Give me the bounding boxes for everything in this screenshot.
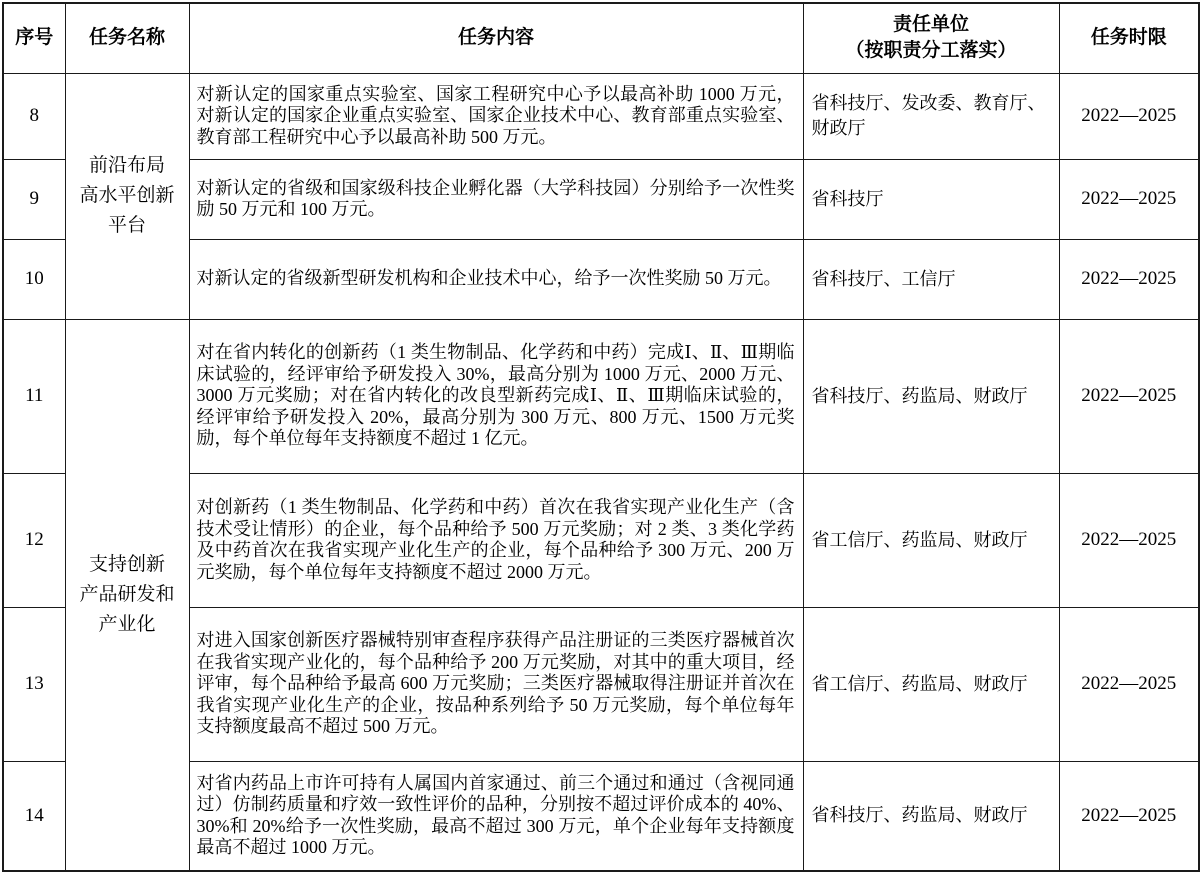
row-number: 14 — [3, 761, 65, 871]
deadline-cell: 2022—2025 — [1059, 159, 1199, 239]
row-number: 12 — [3, 473, 65, 607]
header-deadline: 任务时限 — [1059, 3, 1199, 73]
header-unit-line1: 责任单位 — [808, 12, 1055, 38]
task-content-cell: 对新认定的省级新型研发机构和企业技术中心，给予一次性奖励 50 万元。 — [189, 239, 803, 319]
task-content-cell: 对省内药品上市许可持有人属国内首家通过、前三个通过和通过（含视同通过）仿制药质量… — [189, 761, 803, 871]
header-responsible-unit: 责任单位 （按职责分工落实） — [803, 3, 1059, 73]
deadline-cell: 2022—2025 — [1059, 607, 1199, 761]
row-number: 10 — [3, 239, 65, 319]
row-number: 13 — [3, 607, 65, 761]
task-content-cell: 对新认定的国家重点实验室、国家工程研究中心予以最高补助 1000 万元，对新认定… — [189, 73, 803, 159]
responsible-unit-cell: 省科技厅 — [803, 159, 1059, 239]
deadline-cell: 2022—2025 — [1059, 473, 1199, 607]
deadline-cell: 2022—2025 — [1059, 761, 1199, 871]
task-content-cell: 对进入国家创新医疗器械特别审查程序获得产品注册证的三类医疗器械首次在我省实现产业… — [189, 607, 803, 761]
task-content-cell: 对新认定的省级和国家级科技企业孵化器（大学科技园）分别给予一次性奖励 50 万元… — [189, 159, 803, 239]
task-content-cell: 对在省内转化的创新药（1 类生物制品、化学药和中药）完成Ⅰ、Ⅱ、Ⅲ期临床试验的，… — [189, 319, 803, 473]
row-number: 11 — [3, 319, 65, 473]
responsible-unit-cell: 省科技厅、药监局、财政厅 — [803, 319, 1059, 473]
table-row: 11 支持创新 产品研发和 产业化 对在省内转化的创新药（1 类生物制品、化学药… — [3, 319, 1199, 473]
deadline-cell: 2022—2025 — [1059, 73, 1199, 159]
row-number: 8 — [3, 73, 65, 159]
responsible-unit-cell: 省工信厅、药监局、财政厅 — [803, 473, 1059, 607]
header-task-content: 任务内容 — [189, 3, 803, 73]
task-group-name: 前沿布局 高水平创新 平台 — [65, 73, 189, 319]
row-number: 9 — [3, 159, 65, 239]
header-task-name: 任务名称 — [65, 3, 189, 73]
deadline-cell: 2022—2025 — [1059, 239, 1199, 319]
task-content-cell: 对创新药（1 类生物制品、化学药和中药）首次在我省实现产业化生产（含技术受让情形… — [189, 473, 803, 607]
responsible-unit-cell: 省科技厅、药监局、财政厅 — [803, 761, 1059, 871]
header-no: 序号 — [3, 3, 65, 73]
task-table: 序号 任务名称 任务内容 责任单位 （按职责分工落实） 任务时限 8 前沿布局 … — [2, 2, 1200, 872]
table-row: 8 前沿布局 高水平创新 平台 对新认定的国家重点实验室、国家工程研究中心予以最… — [3, 73, 1199, 159]
responsible-unit-cell: 省科技厅、发改委、教育厅、财政厅 — [803, 73, 1059, 159]
responsible-unit-cell: 省科技厅、工信厅 — [803, 239, 1059, 319]
header-row: 序号 任务名称 任务内容 责任单位 （按职责分工落实） 任务时限 — [3, 3, 1199, 73]
header-unit-line2: （按职责分工落实） — [808, 38, 1055, 64]
task-group-name: 支持创新 产品研发和 产业化 — [65, 319, 189, 871]
deadline-cell: 2022—2025 — [1059, 319, 1199, 473]
responsible-unit-cell: 省工信厅、药监局、财政厅 — [803, 607, 1059, 761]
